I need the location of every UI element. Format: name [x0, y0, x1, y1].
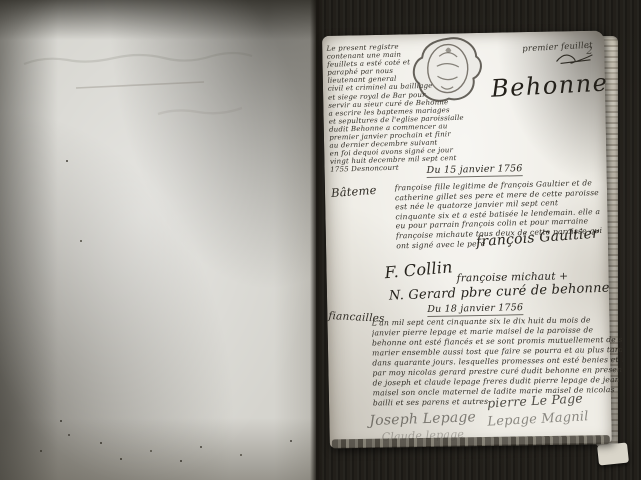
entry-date-heading: Du 15 janvier 1756: [426, 163, 522, 178]
signature-joseph-lepage: Joseph Lepage: [369, 409, 476, 429]
foxing-specks: [60, 420, 62, 422]
left-blank-page: [0, 0, 316, 480]
entry-date-heading: Du 18 janvier 1756: [427, 302, 523, 317]
bleed-through-marks: [18, 48, 298, 138]
under-page-corner: [597, 442, 629, 465]
page-title: Behonne: [490, 68, 609, 102]
signature-cure-gerard: N. Gerard pbre curé de behonne: [389, 281, 610, 304]
scanned-register-spread: Le present registrecontenant une mainfeu…: [0, 0, 641, 480]
manuscript-page: Le present registrecontenant une mainfeu…: [322, 31, 612, 448]
official-stamp-icon: [408, 33, 488, 108]
folio-number: 2: [586, 46, 593, 57]
signature-f-collin: F. Collin: [384, 257, 454, 282]
signature-lepage-magnil: Lepage Magnil: [487, 409, 589, 429]
margin-label-bapteme: Bâteme: [331, 183, 378, 200]
